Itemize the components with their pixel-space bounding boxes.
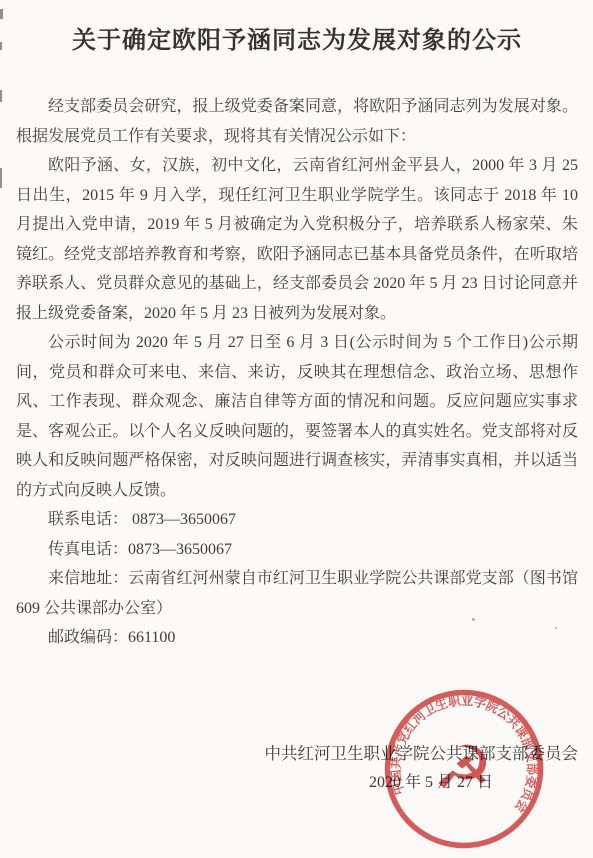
document-title: 关于确定欧阳予涵同志为发展对象的公示 (16, 0, 578, 56)
scan-artifact (0, 90, 2, 102)
contact-phone-line: 联系电话： 0873—3650067 (16, 505, 578, 535)
scan-speck (555, 627, 557, 629)
paragraph-candidate-profile: 欧阳予涵、女，汉族，初中文化，云南省红河州金平县人，2000 年 3 月 25 … (16, 151, 578, 328)
contact-fax-line: 传真电话：0873—3650067 (16, 535, 578, 565)
contact-block: 联系电话： 0873—3650067 传真电话：0873—3650067 来信地… (16, 505, 578, 653)
paragraph-publicity-notice: 公示时间为 2020 年 5 月 27 日至 6 月 3 日(公示时间为 5 个… (16, 328, 578, 505)
scan-speck (472, 618, 475, 621)
scan-artifact (0, 42, 2, 50)
paragraph-intro: 经支部委员会研究，报上级党委备案同意，将欧阳予涵同志列为发展对象。根据发展党员工… (16, 92, 578, 151)
contact-address-line: 来信地址：云南省红河州蒙自市红河卫生职业学院公共课部党支部（图书馆 609 公共… (16, 564, 578, 623)
document-body: 经支部委员会研究，报上级党委备案同意，将欧阳予涵同志列为发展对象。根据发展党员工… (16, 92, 578, 505)
signature-date-line: 2020 年 5 月 27 日 (16, 768, 578, 798)
signature-committee-line: 中共红河卫生职业学院公共课部支部委员会 (16, 739, 578, 769)
contact-postcode-line: 邮政编码：661100 (16, 623, 578, 653)
scan-artifact (0, 168, 2, 188)
scan-artifact (0, 9, 3, 19)
scanned-document-page: 关于确定欧阳予涵同志为发展对象的公示 经支部委员会研究，报上级党委备案同意，将欧… (0, 0, 593, 858)
